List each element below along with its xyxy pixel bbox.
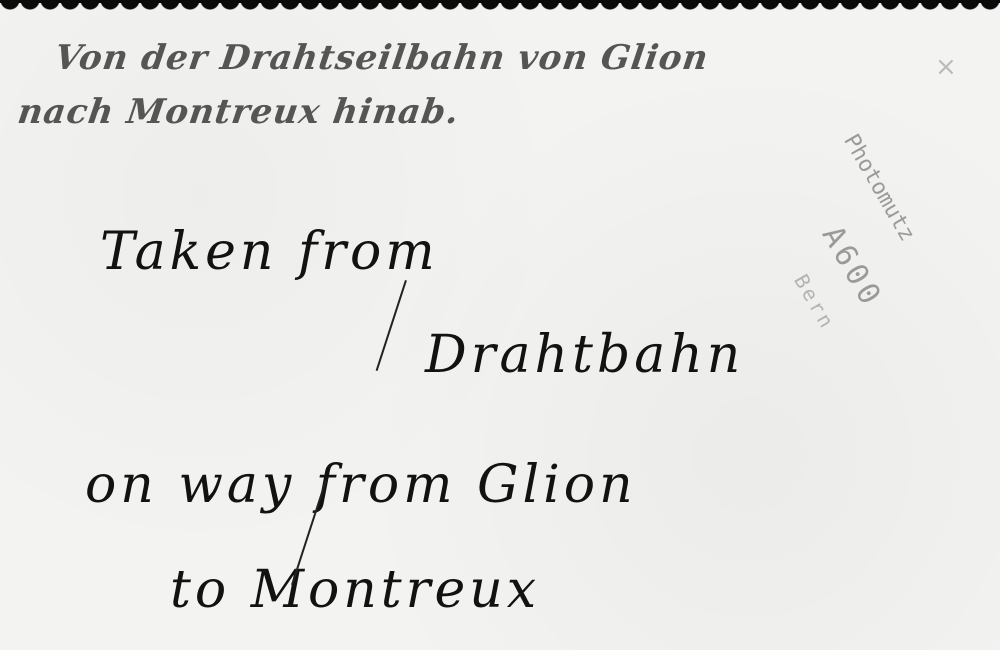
photographer-stamp: Photomutz A600 Bern [795,150,995,300]
german-note-line-1: Von der Drahtseilbahn von Glion [52,38,711,78]
ink-stroke [376,280,407,371]
deckled-edge [0,0,1000,14]
english-note-line-4: to Montreux [170,560,540,620]
stamp-line-1: Photomutz [838,130,919,246]
faint-x-mark: × [935,52,957,82]
photo-back: Von der Drahtseilbahn von Glion nach Mon… [0,0,1000,650]
stamp-line-3: Bern [789,270,840,334]
english-note-line-3: on way from Glion [85,455,637,515]
german-note-line-2: nach Montreux hinab. [15,92,462,132]
english-note-line-1: Taken from [100,222,439,282]
english-note-line-2: Drahtbahn [425,325,744,385]
